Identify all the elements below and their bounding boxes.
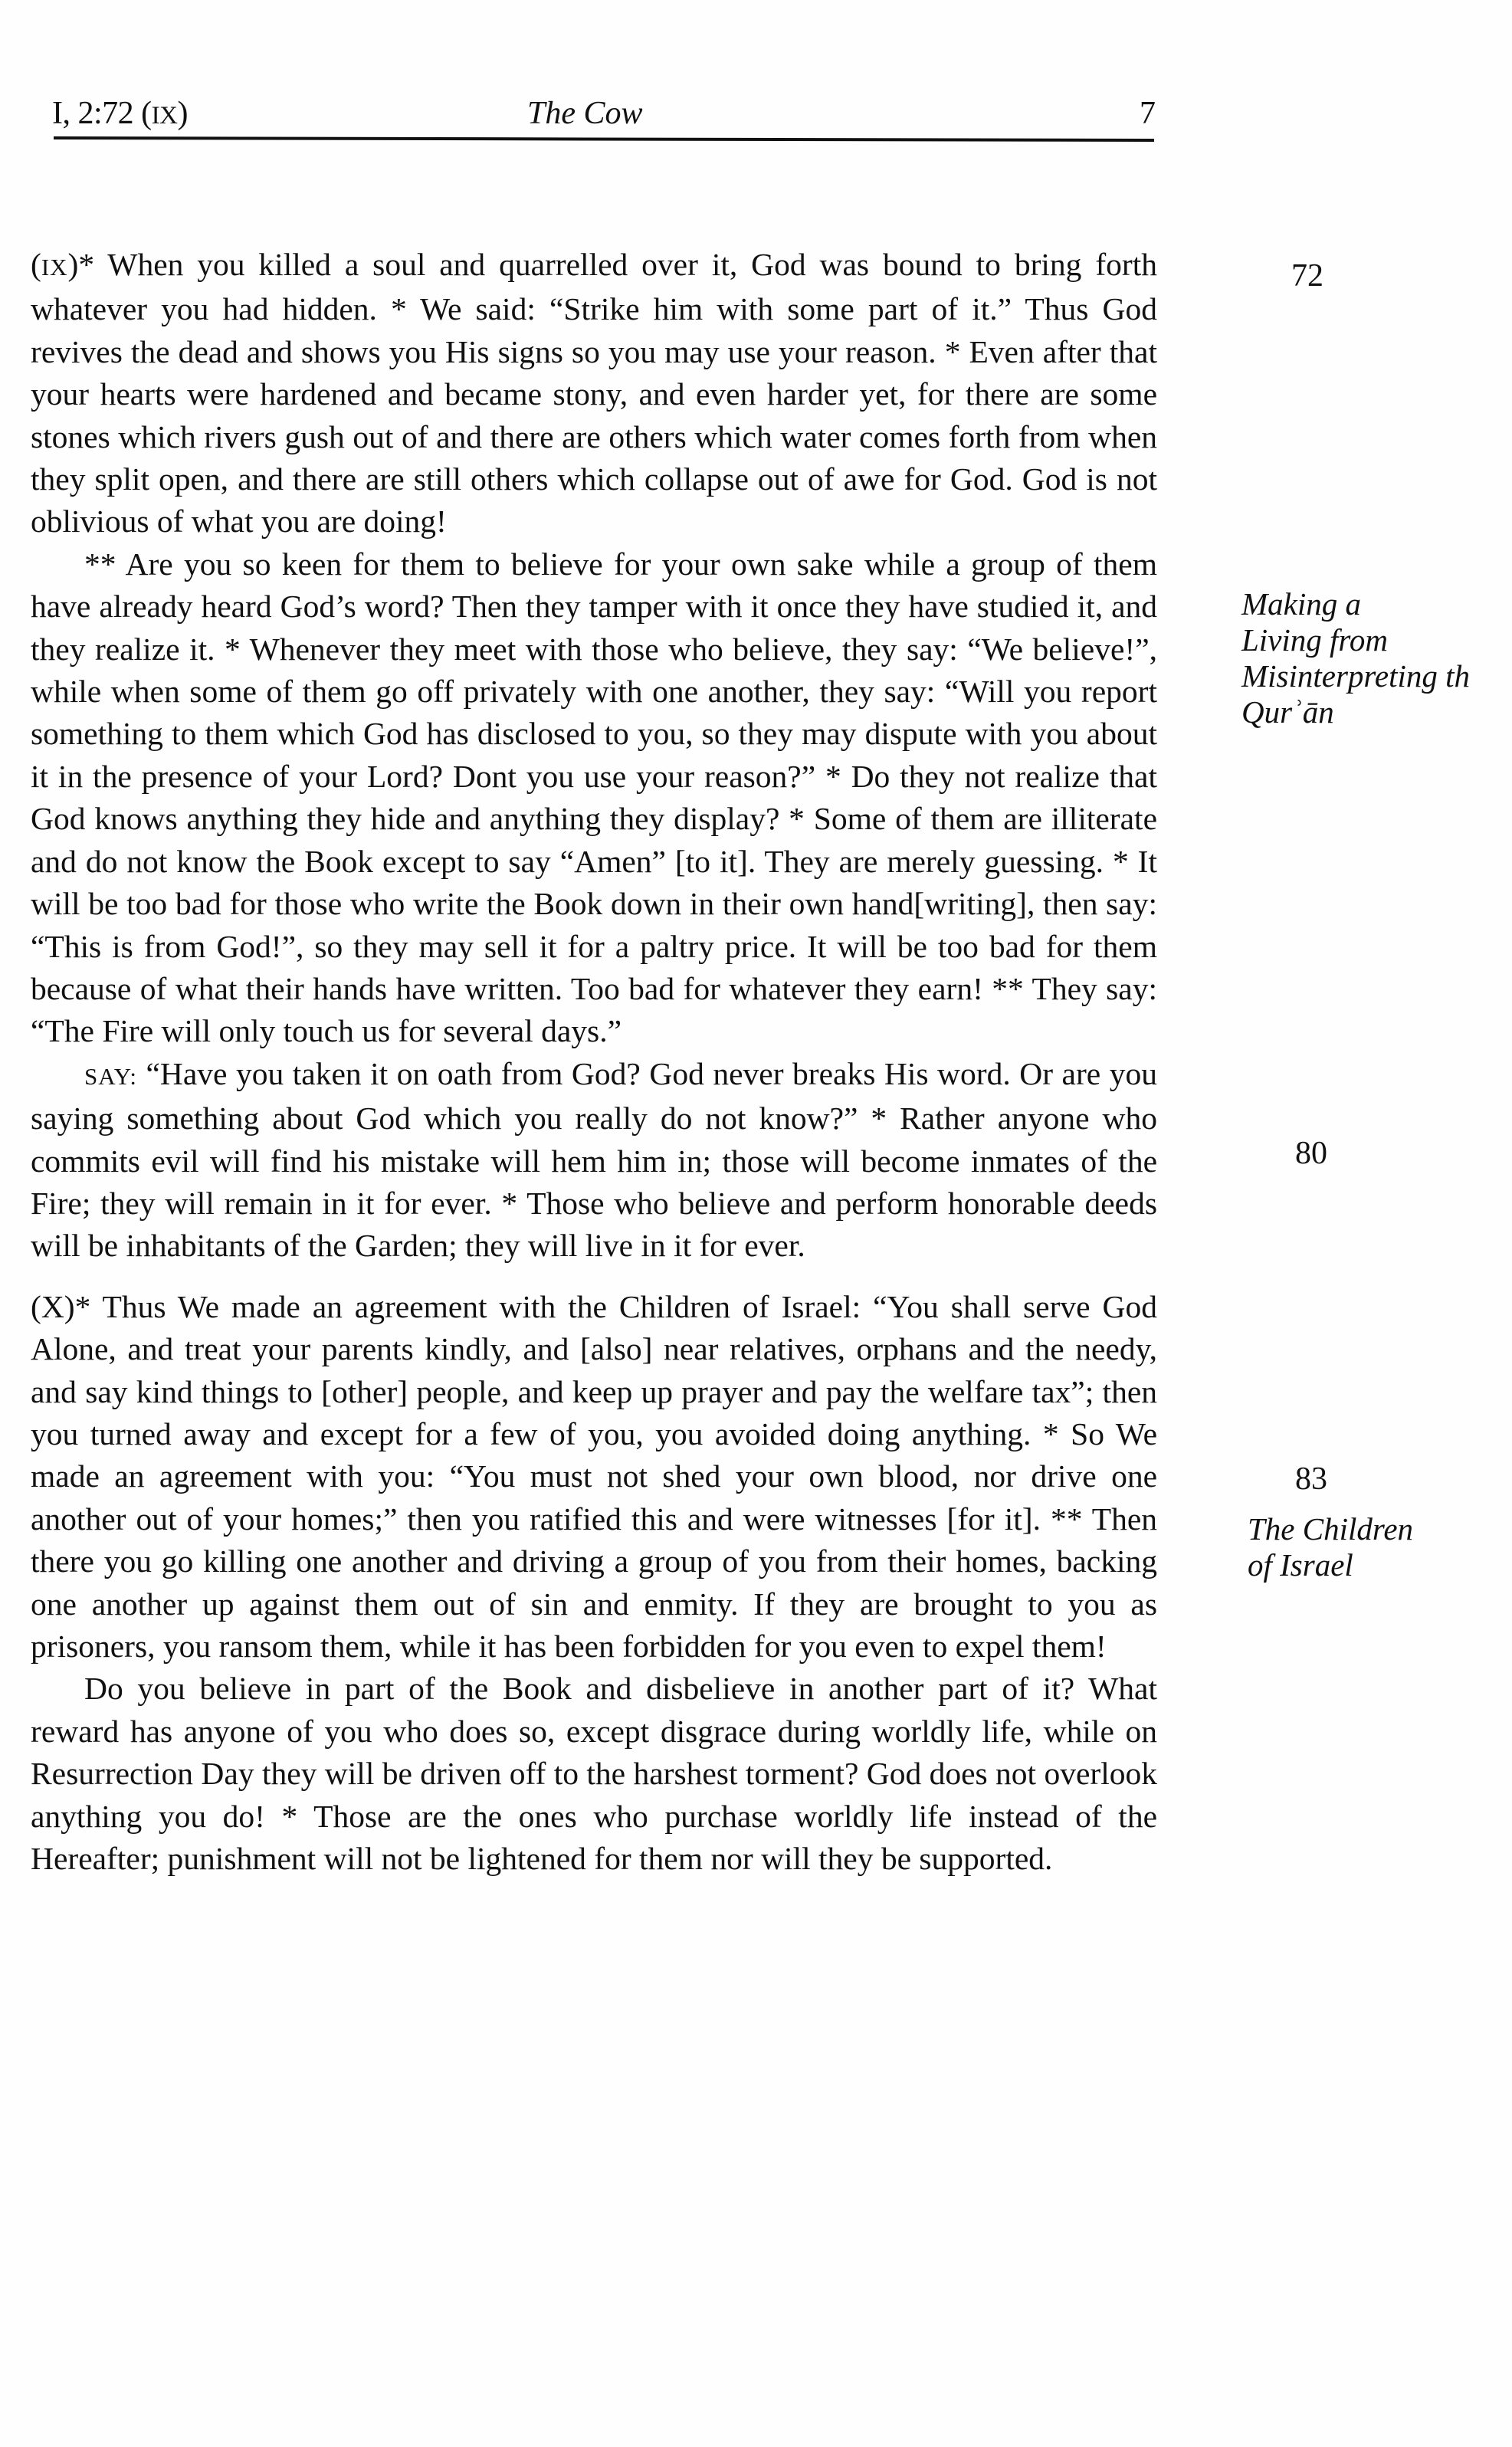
paragraph: SAY: “Have you taken it on oath from God… (31, 1053, 1157, 1268)
margin-topic-heading: The Children of Israel (1248, 1511, 1413, 1583)
margin-verse-number: 83 (1295, 1460, 1327, 1498)
section-label: (X)* (31, 1289, 90, 1324)
margin-topic-line: Misinterpreting th (1241, 658, 1470, 694)
say-command-word: SAY: (84, 1063, 137, 1090)
paragraph-text: Do you believe in part of the Book and d… (31, 1671, 1157, 1876)
margin-topic-line: Living from (1241, 622, 1470, 658)
body-text-column: (IX)* When you killed a soul and quarrel… (31, 244, 1157, 1880)
reference-prefix: I, 2:72 ( (52, 96, 152, 131)
chapter-verse-reference: I, 2:72 (IX) (52, 90, 188, 139)
paragraph: Do you believe in part of the Book and d… (31, 1668, 1157, 1880)
paragraph-text: ** Are you so keen for them to believe f… (31, 546, 1157, 1048)
paragraph: ** Are you so keen for them to believe f… (31, 543, 1157, 1053)
header-rule (54, 136, 1154, 142)
margin-verse-number: 80 (1295, 1134, 1327, 1173)
paragraph: (IX)* When you killed a soul and quarrel… (31, 244, 1157, 543)
section-label: (IX)* (31, 247, 94, 282)
book-page: I, 2:72 (IX) The Cow 7 (IX)* When you ki… (0, 0, 1512, 2447)
paragraph-text: “Have you taken it on oath from God? God… (31, 1056, 1157, 1264)
page-number: 7 (1140, 90, 1156, 136)
reference-section-numeral: IX (152, 102, 178, 130)
paragraph: (X)* Thus We made an agreement with the … (31, 1286, 1157, 1668)
margin-topic-line: Making a (1241, 586, 1470, 622)
paragraph-text: When you killed a soul and quarrelled ov… (31, 247, 1157, 539)
chapter-title: The Cow (527, 90, 643, 136)
margin-verse-number: 72 (1291, 257, 1323, 295)
margin-topic-line: The Children (1248, 1511, 1413, 1547)
margin-topic-line: of Israel (1248, 1547, 1413, 1583)
section-x: (X)* Thus We made an agreement with the … (31, 1286, 1157, 1881)
paragraph-text: Thus We made an agreement with the Child… (31, 1289, 1157, 1664)
reference-suffix: ) (177, 96, 188, 131)
margin-topic-line: Qurʾān (1241, 694, 1470, 730)
section-ix: (IX)* When you killed a soul and quarrel… (31, 244, 1157, 1268)
margin-topic-heading: Making a Living from Misinterpreting th … (1241, 586, 1470, 730)
running-header: I, 2:72 (IX) The Cow 7 (52, 90, 1156, 136)
